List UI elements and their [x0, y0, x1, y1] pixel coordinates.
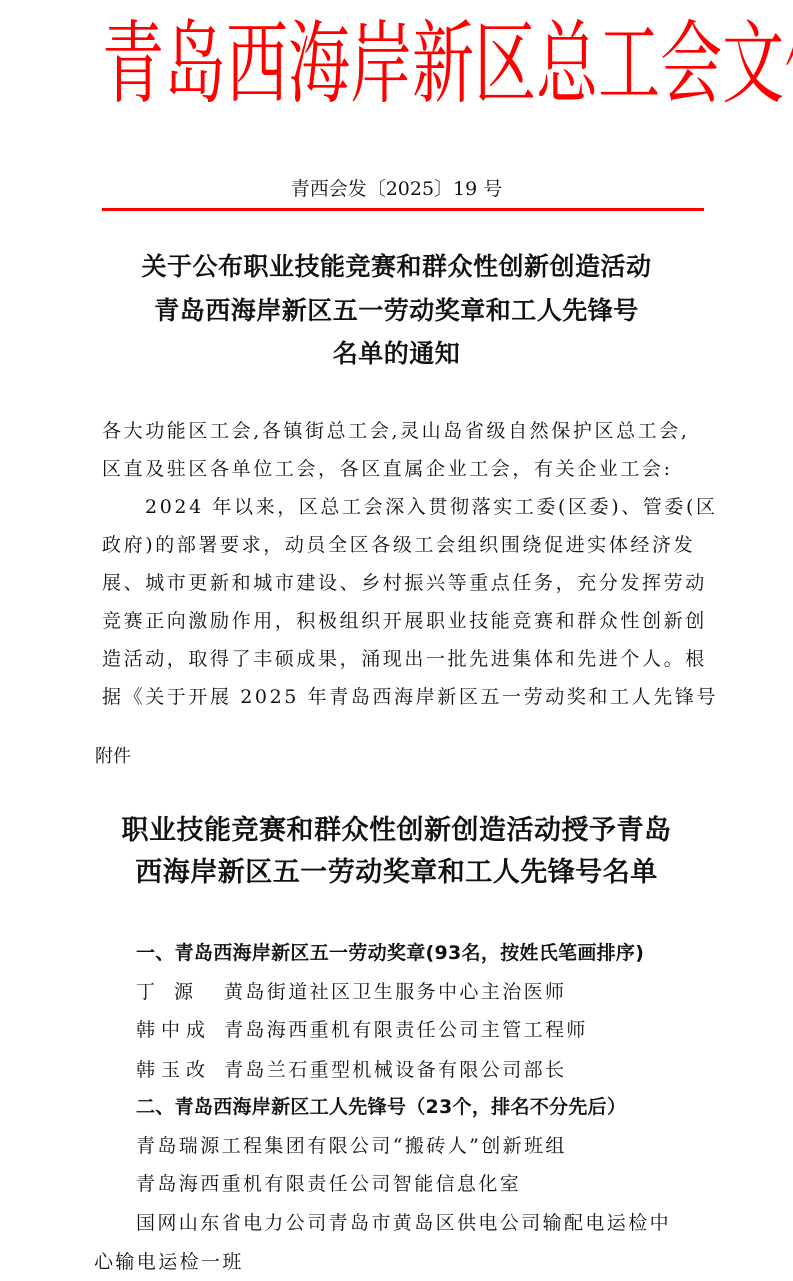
body-addressee-line-1: 各大功能区工会,各镇街总工会,灵山岛省级自然保护区总工会,: [102, 418, 690, 444]
document-number: 青西会发〔2025〕19 号: [0, 176, 793, 202]
attachment-title-line-2: 西海岸新区五一劳动奖章和工人先锋号名单: [0, 857, 793, 889]
body-paragraph-line: 展、城市更新和城市建设、乡村振兴等重点任务，充分发挥劳动: [102, 570, 707, 596]
red-divider-line: [102, 208, 704, 211]
masthead-char: 会: [660, 0, 722, 137]
masthead-char: 工: [598, 0, 660, 137]
masthead-char: 海: [288, 0, 350, 137]
masthead-title: 青 岛 西 海 岸 新 区 总 工 会 文 件: [102, 14, 702, 114]
body-paragraph-line: 据《关于开展 2025 年青岛西海岸新区五一劳动奖和工人先锋号: [102, 684, 718, 710]
list-item: 韩中成青岛海西重机有限责任公司主管工程师: [136, 1017, 588, 1043]
recipient-detail: 青岛海西重机有限责任公司主管工程师: [224, 1019, 588, 1041]
recipient-name: 韩玉改: [136, 1057, 224, 1083]
notice-title-line-3: 名单的通知: [0, 339, 793, 369]
body-paragraph-line: 政府)的部署要求，动员全区各级工会组织围绕促进实体经济发: [102, 532, 695, 558]
notice-title-line-2: 青岛西海岸新区五一劳动奖章和工人先锋号: [0, 296, 793, 326]
list-item: 韩玉改青岛兰石重型机械设备有限公司部长: [136, 1057, 566, 1083]
list-item: 青岛瑞源工程集团有限公司“搬砖人”创新班组: [136, 1133, 567, 1159]
masthead-char: 青: [102, 0, 164, 137]
list-item-continuation: 心输电运检一班: [94, 1249, 244, 1275]
section-heading-pioneer: 二、青岛西海岸新区工人先锋号（23个，排名不分先后）: [136, 1094, 626, 1120]
body-paragraph-line: 2024 年以来，区总工会深入贯彻落实工委(区委)、管委(区: [145, 494, 718, 520]
body-paragraph-line: 造活动，取得了丰硕成果，涌现出一批先进集体和先进个人。根: [102, 646, 707, 672]
masthead-char: 岸: [350, 0, 412, 137]
list-item: 丁 源黄岛街道社区卫生服务中心主治医师: [136, 979, 566, 1005]
body-addressee-line-2: 区直及驻区各单位工会，各区直属企业工会，有关企业工会:: [102, 456, 673, 482]
masthead-char: 区: [474, 0, 536, 137]
recipient-detail: 青岛兰石重型机械设备有限公司部长: [224, 1059, 566, 1081]
masthead-char: 文: [722, 0, 784, 137]
recipient-name: 韩中成: [136, 1017, 224, 1043]
recipient-name: 丁 源: [136, 979, 224, 1005]
body-paragraph-line: 竞赛正向激励作用，积极组织开展职业技能竞赛和群众性创新创: [102, 608, 707, 634]
masthead-char: 新: [412, 0, 474, 137]
attachment-label: 附件: [95, 745, 131, 769]
masthead-char: 岛: [164, 0, 226, 137]
notice-title-line-1: 关于公布职业技能竞赛和群众性创新创造活动: [0, 252, 793, 282]
section-heading-labor-medal: 一、青岛西海岸新区五一劳动奖章(93名，按姓氏笔画排序): [136, 940, 644, 966]
attachment-title-line-1: 职业技能竞赛和群众性创新创造活动授予青岛: [0, 815, 793, 847]
masthead-char: 件: [784, 0, 793, 137]
list-item: 国网山东省电力公司青岛市黄岛区供电公司输配电运检中: [136, 1210, 671, 1236]
list-item: 青岛海西重机有限责任公司智能信息化室: [136, 1171, 521, 1197]
recipient-detail: 黄岛街道社区卫生服务中心主治医师: [224, 981, 566, 1003]
masthead-char: 总: [536, 0, 598, 137]
masthead-char: 西: [226, 0, 288, 137]
